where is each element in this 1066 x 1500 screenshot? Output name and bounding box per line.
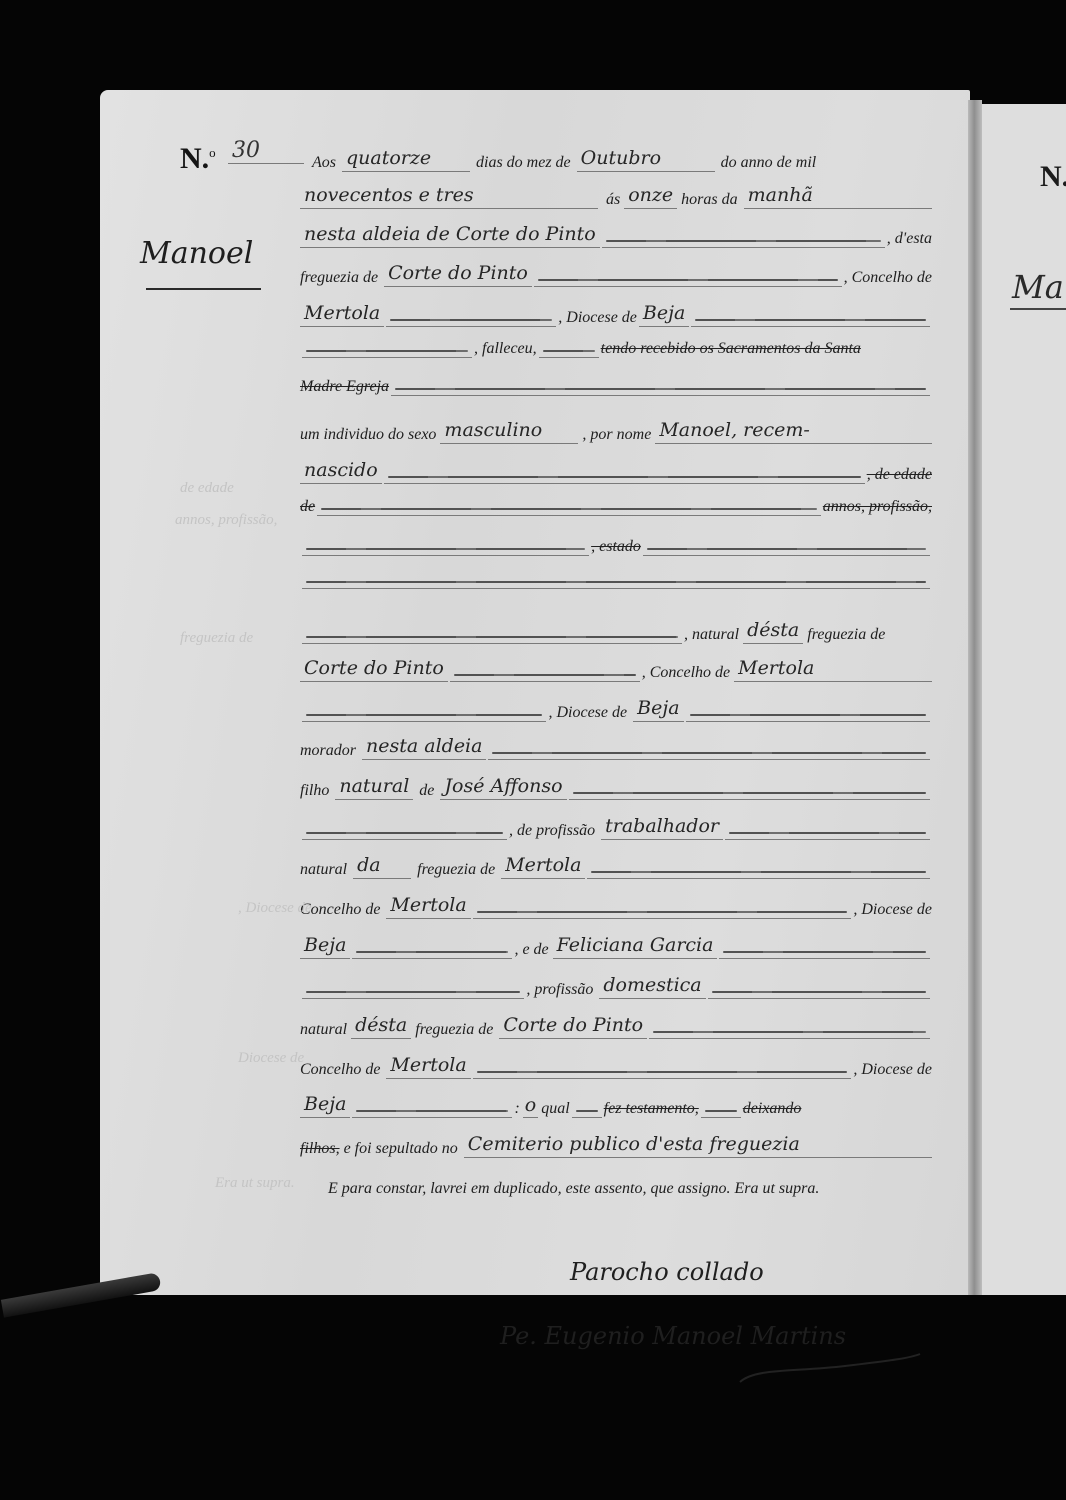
printed-text: freguezia de xyxy=(415,1021,493,1039)
printed-text: ás xyxy=(606,191,620,209)
printed-text: , de profissão xyxy=(509,822,595,840)
printed-text: de xyxy=(419,782,434,800)
handwritten-municipality: Mertola xyxy=(734,656,932,682)
struck-text: , de edade xyxy=(867,466,932,484)
entry-line-mother: Beja , e de Feliciana Garcia xyxy=(300,933,932,959)
entry-line-natural: , natural désta freguezia de xyxy=(300,618,932,644)
handwritten-day: quatorze xyxy=(342,146,470,172)
handwritten-parish: Corte do Pinto xyxy=(300,656,448,682)
handwritten-residence: nesta aldeia xyxy=(362,734,486,760)
printed-text: Concelho de xyxy=(300,1061,380,1079)
line-filler xyxy=(725,829,930,840)
printed-text: qual xyxy=(541,1100,569,1118)
handwritten-diocese: Beja xyxy=(300,1092,350,1118)
printed-text: , natural xyxy=(684,626,739,644)
line-filler xyxy=(473,908,852,919)
struck-text: de xyxy=(300,498,315,516)
entry-line-place: nesta aldeia de Corte do Pinto , d'esta xyxy=(300,222,932,248)
printed-text: dias do mez de xyxy=(476,154,571,172)
entry-line-died: , falleceu, tendo recebido os Sacramento… xyxy=(300,340,932,358)
entry-line-sex-name: um individuo do sexo masculino , por nom… xyxy=(300,418,932,444)
struck-text: filhos, xyxy=(300,1140,340,1158)
line-filler xyxy=(473,1068,852,1079)
line-filler xyxy=(302,347,472,358)
handwritten-origin: da xyxy=(353,853,411,879)
show-through-text: freguezia de xyxy=(180,630,253,647)
printed-text: do anno de mil xyxy=(721,154,817,172)
entry-line-date: Aos quatorze dias do mez de Outubro do a… xyxy=(300,146,932,172)
handwritten-diocese: Beja xyxy=(300,933,350,959)
entry-line-mother-municipality: Concelho de Mertola , Diocese de xyxy=(300,1053,932,1079)
handwritten-hour: onze xyxy=(624,183,677,209)
printed-text: , Concelho de xyxy=(642,664,730,682)
printed-text: , Diocese de xyxy=(548,704,627,722)
line-filler xyxy=(649,1028,930,1039)
line-filler xyxy=(539,347,599,358)
line-filler xyxy=(302,711,546,722)
entry-line-year: novecentos e tres ás onze horas da manhã xyxy=(300,183,932,209)
entry-number: 30 xyxy=(228,138,304,164)
margin-name-rule xyxy=(146,288,261,290)
struck-text: annos, profissão, xyxy=(823,498,932,516)
show-through-text: , Diocese de xyxy=(238,900,312,917)
printed-text: natural xyxy=(300,1021,347,1039)
line-filler xyxy=(686,711,930,722)
entry-line-church: Madre Egreja xyxy=(300,378,932,396)
printed-text: natural xyxy=(300,861,347,879)
facing-page-number-label: N. xyxy=(1040,160,1066,194)
handwritten-place: nesta aldeia de Corte do Pinto xyxy=(300,222,600,248)
entry-line-father-profession: , de profissão trabalhador xyxy=(300,814,932,840)
handwritten-period: manhã xyxy=(744,183,932,209)
struck-text: fez testamento, xyxy=(604,1100,699,1118)
printed-text: Concelho de xyxy=(300,901,380,919)
line-filler xyxy=(534,276,842,287)
line-filler xyxy=(302,988,524,999)
line-filler xyxy=(317,505,821,516)
printed-text: freguezia de xyxy=(807,626,885,644)
handwritten-sex: masculino xyxy=(440,418,578,444)
signature-name: Pe. Eugenio Manoel Martins xyxy=(500,1322,846,1350)
printed-text: , Diocese de xyxy=(853,1061,932,1079)
handwritten-father-profession: trabalhador xyxy=(601,814,723,840)
entry-line-blank xyxy=(300,578,932,589)
printed-text: , Diocese de xyxy=(853,901,932,919)
printed-text: freguezia de xyxy=(300,269,378,287)
printed-text: , profissão xyxy=(526,981,593,999)
handwritten-origin: désta xyxy=(743,618,803,644)
entry-line-age: nascido , de edade xyxy=(300,458,932,484)
entry-line-years-profession: de annos, profissão, xyxy=(300,498,932,516)
handwritten-municipality: Mertola xyxy=(300,301,384,327)
line-filler xyxy=(643,545,930,556)
show-through-text: annos, profissão, xyxy=(175,512,277,529)
printed-text: , Diocese de xyxy=(558,309,637,327)
printed-text: Aos xyxy=(312,154,336,172)
printed-text: morador xyxy=(300,742,356,760)
line-filler xyxy=(569,789,930,800)
handwritten-mother-name: Feliciana Garcia xyxy=(553,933,718,959)
printed-text: horas da xyxy=(681,191,737,209)
line-filler xyxy=(587,868,930,879)
show-through-text: Era ut supra. xyxy=(215,1175,295,1192)
entry-line-status: , estado xyxy=(300,538,932,556)
line-filler xyxy=(302,545,589,556)
handwritten-burial-place: Cemiterio publico d'esta freguezia xyxy=(464,1132,932,1158)
signature-title: Parocho collado xyxy=(570,1258,764,1286)
line-filler xyxy=(302,829,507,840)
line-filler xyxy=(488,749,930,760)
handwritten-father-name: José Affonso xyxy=(440,774,566,800)
line-filler xyxy=(302,633,682,644)
line-filler xyxy=(352,1107,512,1118)
entry-line-municipality: Mertola , Diocese de Beja xyxy=(300,301,932,327)
handwritten-month: Outubro xyxy=(577,146,715,172)
closing-statement: E para constar, lavrei em duplicado, est… xyxy=(328,1180,819,1198)
line-filler xyxy=(450,671,640,682)
handwritten-parish: Mertola xyxy=(501,853,585,879)
margin-name: Manoel xyxy=(140,236,253,271)
entry-line-birth-parish: Corte do Pinto , Concelho de Mertola xyxy=(300,656,932,682)
entry-line-burial: filhos, e foi sepultado no Cemiterio pub… xyxy=(300,1132,932,1158)
line-filler xyxy=(391,385,930,396)
handwritten-filiation: natural xyxy=(335,774,413,800)
struck-text: deixando xyxy=(743,1100,802,1118)
line-filler xyxy=(691,316,930,327)
entry-line-father-origin: natural da freguezia de Mertola xyxy=(300,853,932,879)
handwritten-diocese: Beja xyxy=(633,696,683,722)
printed-text: , Concelho de xyxy=(844,269,932,287)
line-filler xyxy=(386,316,556,327)
entry-line-parish: freguezia de Corte do Pinto , Concelho d… xyxy=(300,261,932,287)
line-filler xyxy=(352,948,512,959)
handwritten-year: novecentos e tres xyxy=(300,183,598,209)
handwritten-municipality: Mertola xyxy=(386,893,470,919)
printed-text: e foi sepultado no xyxy=(344,1140,458,1158)
entry-line-residence: morador nesta aldeia xyxy=(300,734,932,760)
handwritten-mother-profession: domestica xyxy=(599,973,705,999)
struck-text: tendo recebido os Sacramentos da Santa xyxy=(601,340,861,358)
line-filler xyxy=(602,237,885,248)
handwritten-newborn: nascido xyxy=(300,458,382,484)
line-filler xyxy=(719,948,930,959)
line-filler xyxy=(708,988,930,999)
line-filler xyxy=(701,1107,741,1118)
entry-line-mother-profession: , profissão domestica xyxy=(300,973,932,999)
entry-number-label: N.o xyxy=(180,142,216,176)
line-filler xyxy=(302,578,930,589)
handwritten-name: Manoel, recem- xyxy=(655,418,932,444)
printed-text: , por nome xyxy=(582,426,651,444)
facing-page-margin-name: Ma xyxy=(1012,268,1064,306)
entry-line-birth-diocese: , Diocese de Beja xyxy=(300,696,932,722)
printed-text: , e de xyxy=(514,941,548,959)
printed-text: : xyxy=(514,1100,519,1118)
line-filler xyxy=(384,473,865,484)
printed-text: , falleceu, xyxy=(474,340,537,358)
entry-line-father: filho natural de José Affonso xyxy=(300,774,932,800)
handwritten-parish: Corte do Pinto xyxy=(384,261,532,287)
entry-line-testament: Beja : o qual fez testamento, deixando xyxy=(300,1092,932,1118)
book-gutter xyxy=(968,100,982,1295)
printed-text: um individuo do sexo xyxy=(300,426,436,444)
struck-text: , estado xyxy=(591,538,641,556)
line-filler xyxy=(572,1107,602,1118)
entry-line-mother-origin: natural désta freguezia de Corte do Pint… xyxy=(300,1013,932,1039)
entry-line-father-municipality: Concelho de Mertola , Diocese de xyxy=(300,893,932,919)
show-through-text: de edade xyxy=(180,480,234,497)
struck-text: Madre Egreja xyxy=(300,378,389,396)
printed-text: filho xyxy=(300,782,329,800)
printed-text: freguezia de xyxy=(417,861,495,879)
handwritten-origin: désta xyxy=(351,1013,411,1039)
signature-flourish xyxy=(735,1350,925,1390)
printed-text: , d'esta xyxy=(887,230,932,248)
facing-page-name-rule xyxy=(1010,308,1066,310)
handwritten-article: o xyxy=(523,1093,538,1118)
handwritten-diocese: Beja xyxy=(639,301,689,327)
handwritten-municipality: Mertola xyxy=(386,1053,470,1079)
show-through-text: Diocese de xyxy=(238,1050,304,1067)
handwritten-parish: Corte do Pinto xyxy=(499,1013,647,1039)
